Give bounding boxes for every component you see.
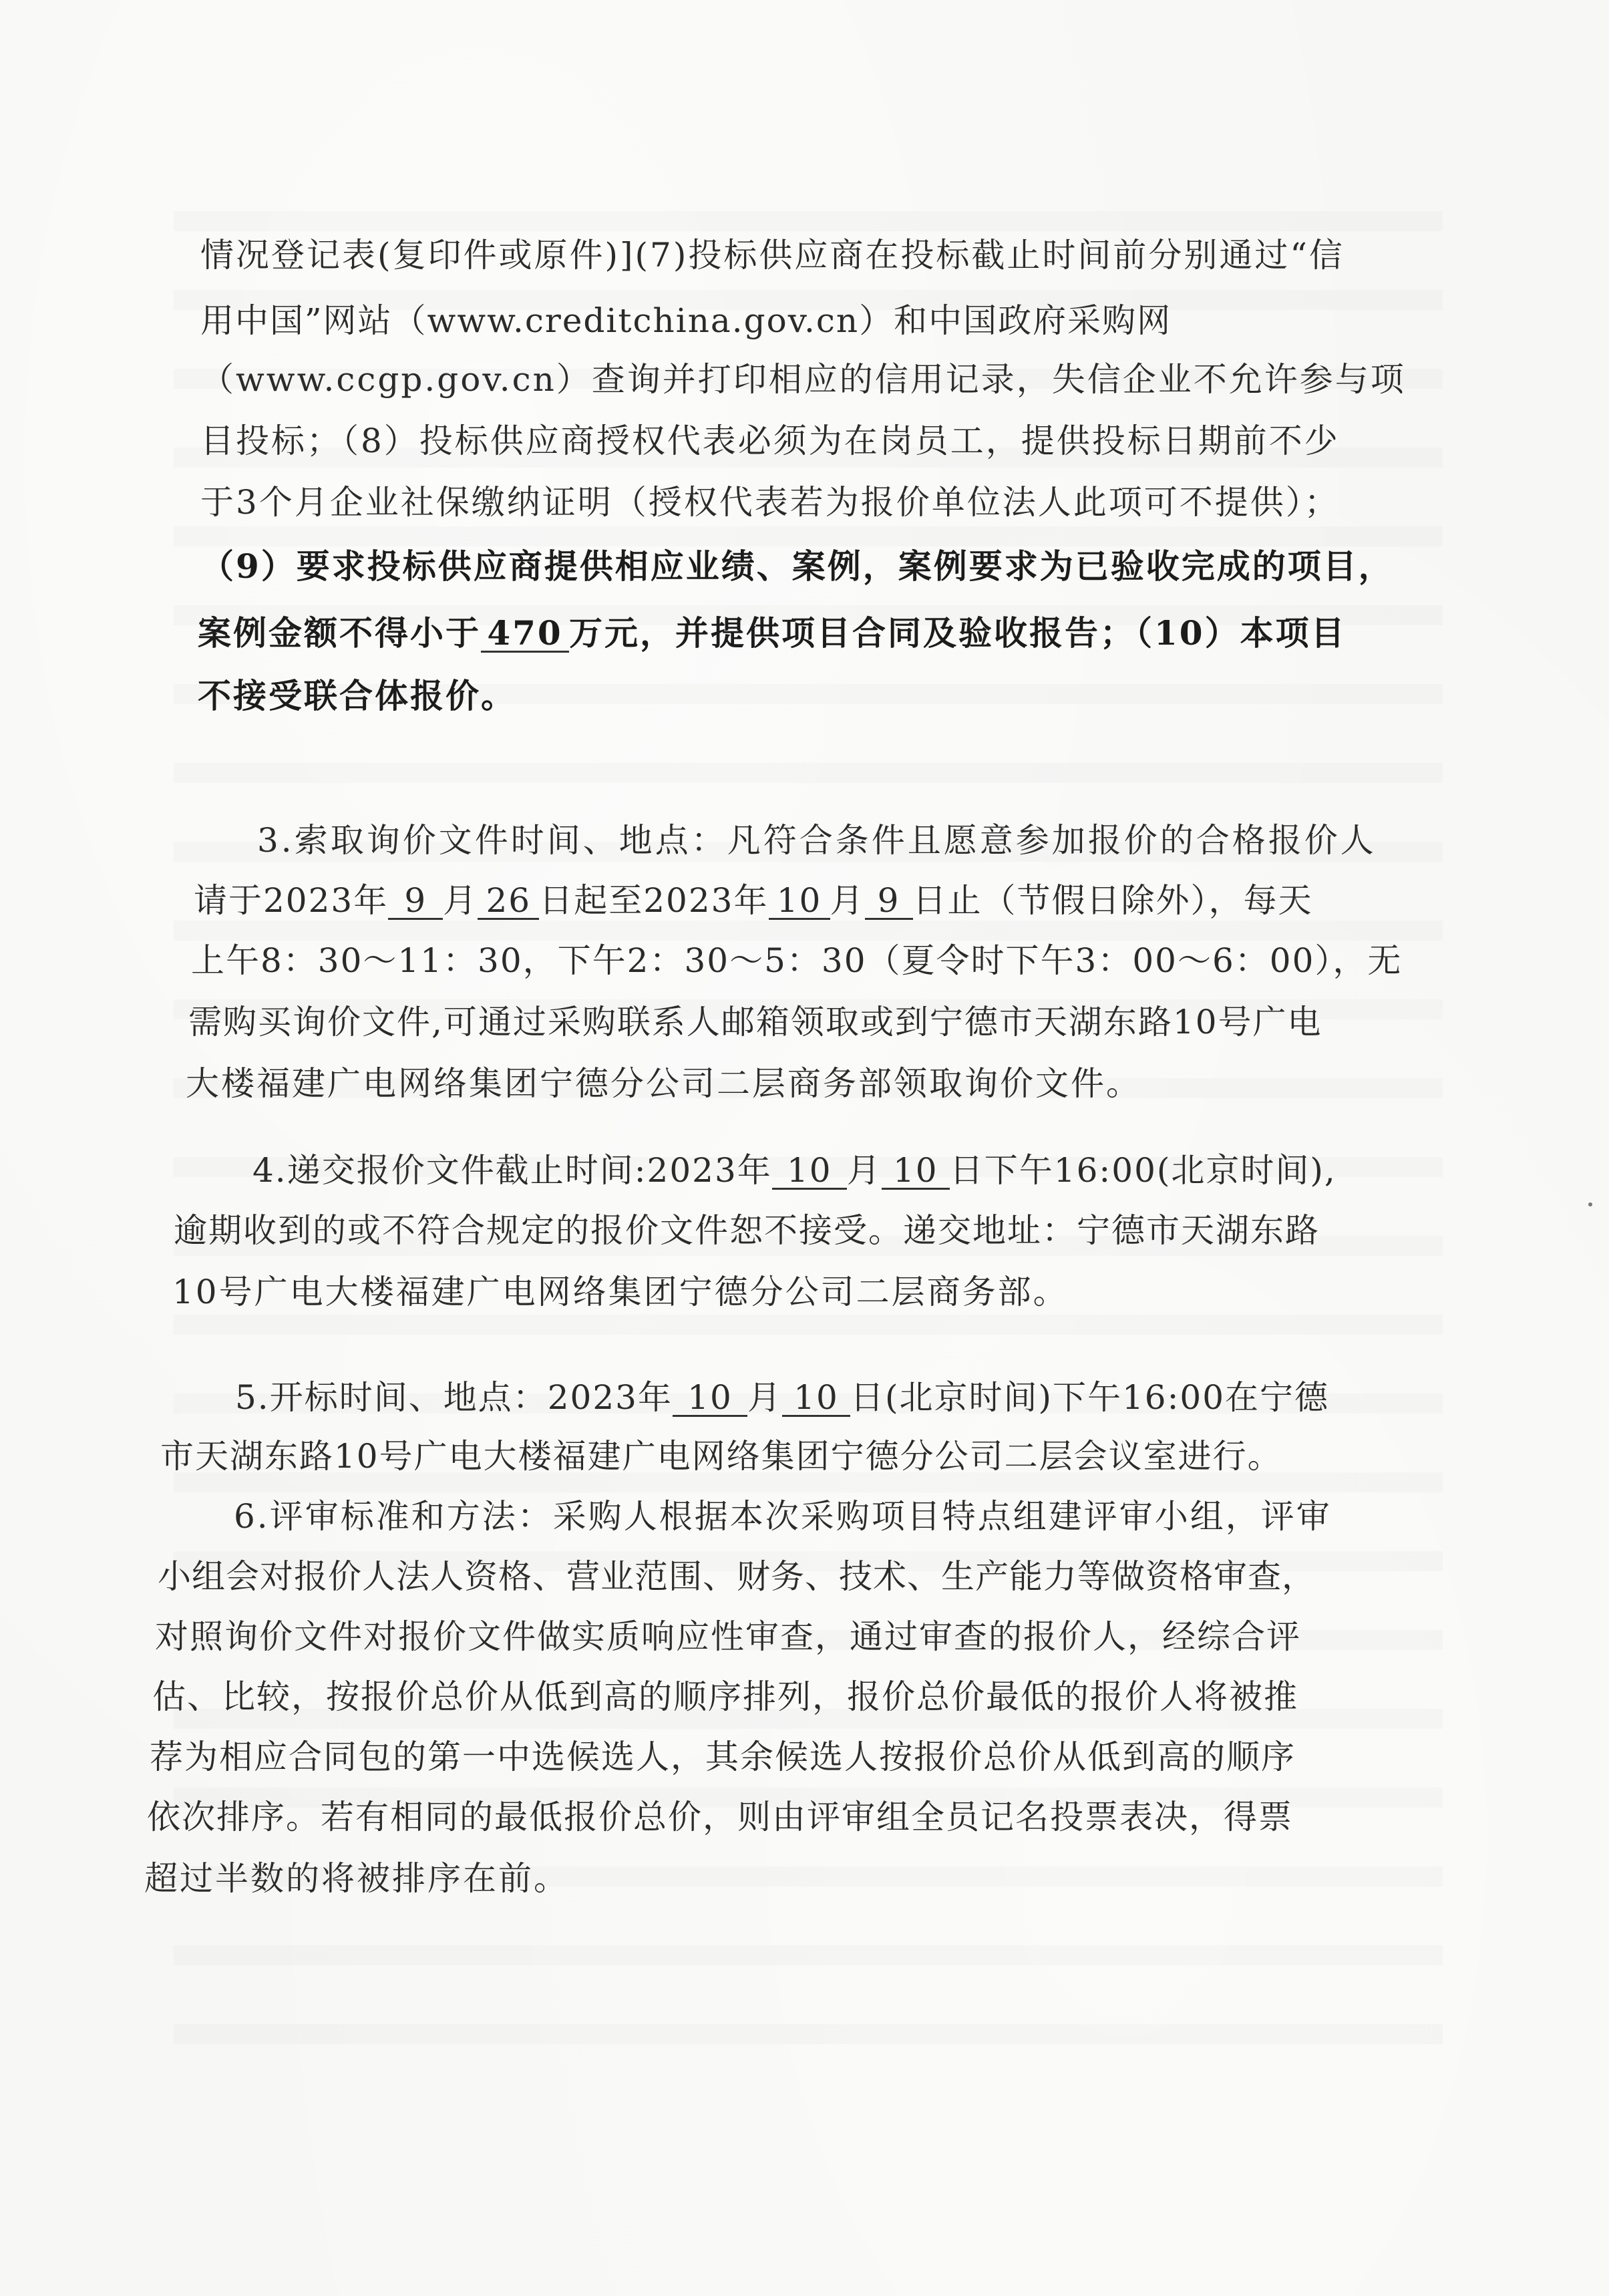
end-day: 9 (865, 883, 913, 920)
date-text: 日起至2023年 (539, 881, 768, 920)
deadline-day: 10 (882, 1153, 950, 1190)
scanned-page: 情况登记表(复印件或原件)](7)投标供应商在投标截止时间前分别通过“信 用中国… (0, 0, 1609, 2296)
start-day: 26 (478, 883, 539, 920)
section-3-heading-line: 3.索取询价文件时间、地点：凡符合条件且愿意参加报价的合格报价人 (257, 820, 1377, 860)
text-line: 荐为相应合同包的第一中选候选人，其余候选人按报价总价从低到高的顺序 (150, 1737, 1296, 1777)
date-text: 日下午16:00(北京时间), (950, 1151, 1336, 1190)
text-line: 目投标；（8）投标供应商授权代表必须为在岗员工，提供投标日期前不少 (200, 421, 1340, 461)
section-5-opening-line: 5.开标时间、地点：2023年10月10日(北京时间)下午16:00在宁德 (235, 1377, 1329, 1418)
text-line: 大楼福建广电网络集团宁德分公司二层商务部领取询价文件。 (186, 1063, 1141, 1104)
start-month: 9 (388, 883, 443, 920)
text-line: 超过半数的将被排序在前。 (144, 1858, 569, 1899)
date-text: 日(北京时间)下午16:00在宁德 (850, 1378, 1329, 1417)
text-line: 小组会对报价人法人资格、营业范围、财务、技术、生产能力等做资格审查， (158, 1556, 1316, 1597)
text-line: 于3个月企业社保缴纳证明（授权代表若为报价单位法人此项可不提供）； (200, 482, 1340, 522)
text-line: 依次排序。若有相同的最低报价总价，则由评审组全员记名投票表决，得票 (147, 1797, 1293, 1837)
section-4-deadline-line: 4.递交报价文件截止时间:2023年10月10日下午16:00(北京时间), (252, 1150, 1336, 1190)
date-text: 请于2023年 (194, 881, 388, 920)
text-line: 情况登记表(复印件或原件)](7)投标供应商在投标截止时间前分别通过“信 (200, 235, 1456, 275)
text-line: （9）要求投标供应商提供相应业绩、案例，案例要求为已验收完成的项目， (200, 546, 1394, 587)
case-amount-value: 470 (481, 616, 569, 653)
text-line: 估、比较，按报价总价从低到高的顺序排列，报价总价最低的报价人将被推 (152, 1677, 1298, 1717)
date-text: 月 (443, 881, 478, 920)
end-month: 10 (769, 883, 830, 920)
scan-speck (1588, 1202, 1592, 1206)
case-amount-suffix: 万元，并提供项目合同及验收报告；（10）本项目 (569, 613, 1347, 653)
text-line: 需购买询价文件,可通过采购联系人邮箱领取或到宁德市天湖东路10号广电 (188, 1002, 1322, 1042)
text-line: 10号广电大楼福建广电网络集团宁德分公司二层商务部。 (172, 1272, 1069, 1312)
text-line: 市天湖东路10号广电大楼福建广电网络集团宁德分公司二层会议室进行。 (160, 1436, 1282, 1476)
text-line: 对照询价文件对报价文件做实质响应性审查，通过审查的报价人，经综合评 (155, 1617, 1301, 1657)
text-line: 上午8：30～11：30，下午2：30～5：30（夏令时下午3：00～6：00）… (191, 941, 1402, 981)
text-line: （www.ccgp.gov.cn）查询并打印相应的信用记录，失信企业不允许参与项 (200, 359, 1406, 399)
section-6-heading-line: 6.评审标准和方法：采购人根据本次采购项目特点组建评审小组，评审 (234, 1496, 1332, 1536)
opening-day: 10 (782, 1380, 850, 1417)
text-line: 逾期收到的或不符合规定的报价文件恕不接受。递交地址：宁德市天湖东路 (174, 1210, 1320, 1251)
case-amount-prefix: 案例金额不得小于 (198, 613, 481, 653)
date-text: 月 (847, 1151, 882, 1190)
deadline-month: 10 (772, 1153, 847, 1190)
date-text: 5.开标时间、地点：2023年 (235, 1378, 673, 1417)
opening-month: 10 (673, 1380, 747, 1417)
text-line: 用中国”网站（www.creditchina.gov.cn）和中国政府采购网 (200, 301, 1172, 341)
date-text: 日止（节假日除外），每天 (913, 881, 1313, 920)
text-line: 不接受联合体报价。 (198, 676, 516, 716)
date-text: 4.递交报价文件截止时间:2023年 (252, 1151, 772, 1190)
section-3-date-line: 请于2023年9月26日起至2023年10月9日止（节假日除外），每天 (194, 880, 1313, 921)
case-amount-line: 案例金额不得小于470万元，并提供项目合同及验收报告；（10）本项目 (198, 613, 1347, 653)
date-text: 月 (830, 881, 865, 920)
date-text: 月 (747, 1378, 782, 1417)
